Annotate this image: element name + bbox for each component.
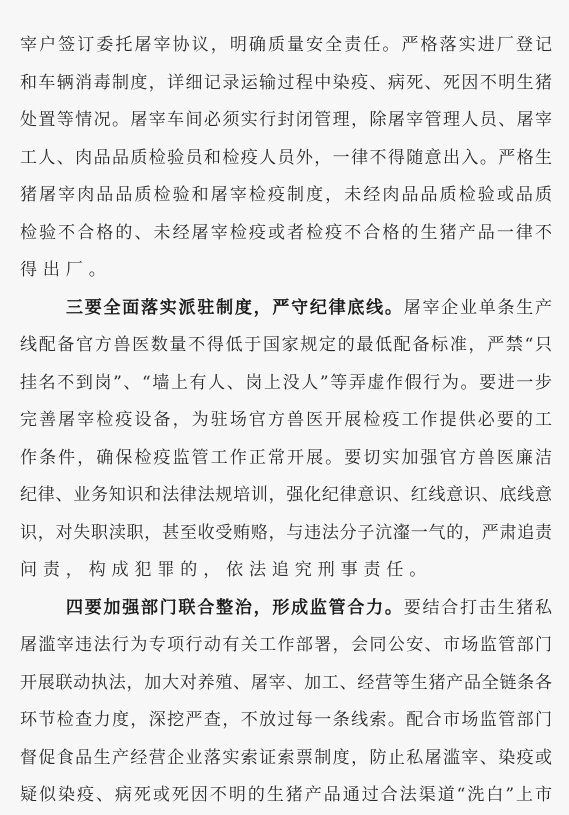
text-line: 纪律、业务知识和法律法规培训，强化纪律意识、红线意识、底线意 <box>20 477 552 515</box>
paragraph-heading: 四要加强部门联合整治，形成监管合力。 <box>66 598 404 618</box>
text-line-with-heading: 四要加强部门联合整治，形成监管合力。要结合打击生猪私 <box>20 590 552 628</box>
text-line: 得出厂。 <box>20 252 552 290</box>
text-line: 处置等情况。屠宰车间必须实行封闭管理，除屠宰管理人员、屠宰 <box>20 102 552 140</box>
paragraph-four: 四要加强部门联合整治，形成监管合力。要结合打击生猪私 屠滥宰违法行为专项行动有关… <box>20 590 552 815</box>
text-line: 问责，构成犯罪的，依法追究刑事责任。 <box>20 552 552 590</box>
text-line: 环节检查力度，深挖严查，不放过每一条线索。配合市场监管部门 <box>20 702 552 740</box>
paragraph-heading: 三要全面落实派驻制度，严守纪律底线。 <box>66 298 404 318</box>
text-line-with-heading: 三要全面落实派驻制度，严守纪律底线。屠宰企业单条生产 <box>20 290 552 328</box>
text-line: 线配备官方兽医数量不得低于国家规定的最低配备标准，严禁“只 <box>20 327 552 365</box>
text-line: 完善屠宰检疫设备，为驻场官方兽医开展检疫工作提供必要的工 <box>20 402 552 440</box>
text-run: 屠宰企业单条生产 <box>404 298 552 318</box>
text-line: 屠滥宰违法行为专项行动有关工作部署，会同公安、市场监管部门 <box>20 627 552 665</box>
text-line: 作条件，确保检疫监管工作正常开展。要切实加强官方兽医廉洁 <box>20 440 552 478</box>
text-line: 开展联动执法，加大对养殖、屠宰、加工、经营等生猪产品全链条各 <box>20 665 552 703</box>
text-line: 和车辆消毒制度，详细记录运输过程中染疫、病死、死因不明生猪 <box>20 65 552 103</box>
text-line: 识，对失职渎职，甚至收受贿赂，与违法分子沆瀣一气的，严肃追责 <box>20 515 552 553</box>
text-line: 工人、肉品品质检验员和检疫人员外，一律不得随意出入。严格生 <box>20 140 552 178</box>
paragraph-three: 三要全面落实派驻制度，严守纪律底线。屠宰企业单条生产 线配备官方兽医数量不得低于… <box>20 290 552 590</box>
text-line: 挂名不到岗”、“墙上有人、岗上没人”等弄虚作假行为。要进一步 <box>20 365 552 403</box>
paragraph-continuation: 宰户签订委托屠宰协议，明确质量安全责任。严格落实进厂登记 和车辆消毒制度，详细记… <box>20 27 552 290</box>
text-line: 疑似染疫、病死或死因不明的生猪产品通过合法渠道“洗白”上市 <box>20 777 552 815</box>
text-line: 督促食品生产经营企业落实索证索票制度，防止私屠滥宰、染疫或 <box>20 740 552 778</box>
text-line: 宰户签订委托屠宰协议，明确质量安全责任。严格落实进厂登记 <box>20 27 552 65</box>
text-line: 检验不合格的、未经屠宰检疫或者检疫不合格的生猪产品一律不 <box>20 215 552 253</box>
document-page: 宰户签订委托屠宰协议，明确质量安全责任。严格落实进厂登记 和车辆消毒制度，详细记… <box>20 27 552 815</box>
text-run: 要结合打击生猪私 <box>404 598 552 618</box>
text-line: 猪屠宰肉品品质检验和屠宰检疫制度，未经肉品品质检验或品质 <box>20 177 552 215</box>
